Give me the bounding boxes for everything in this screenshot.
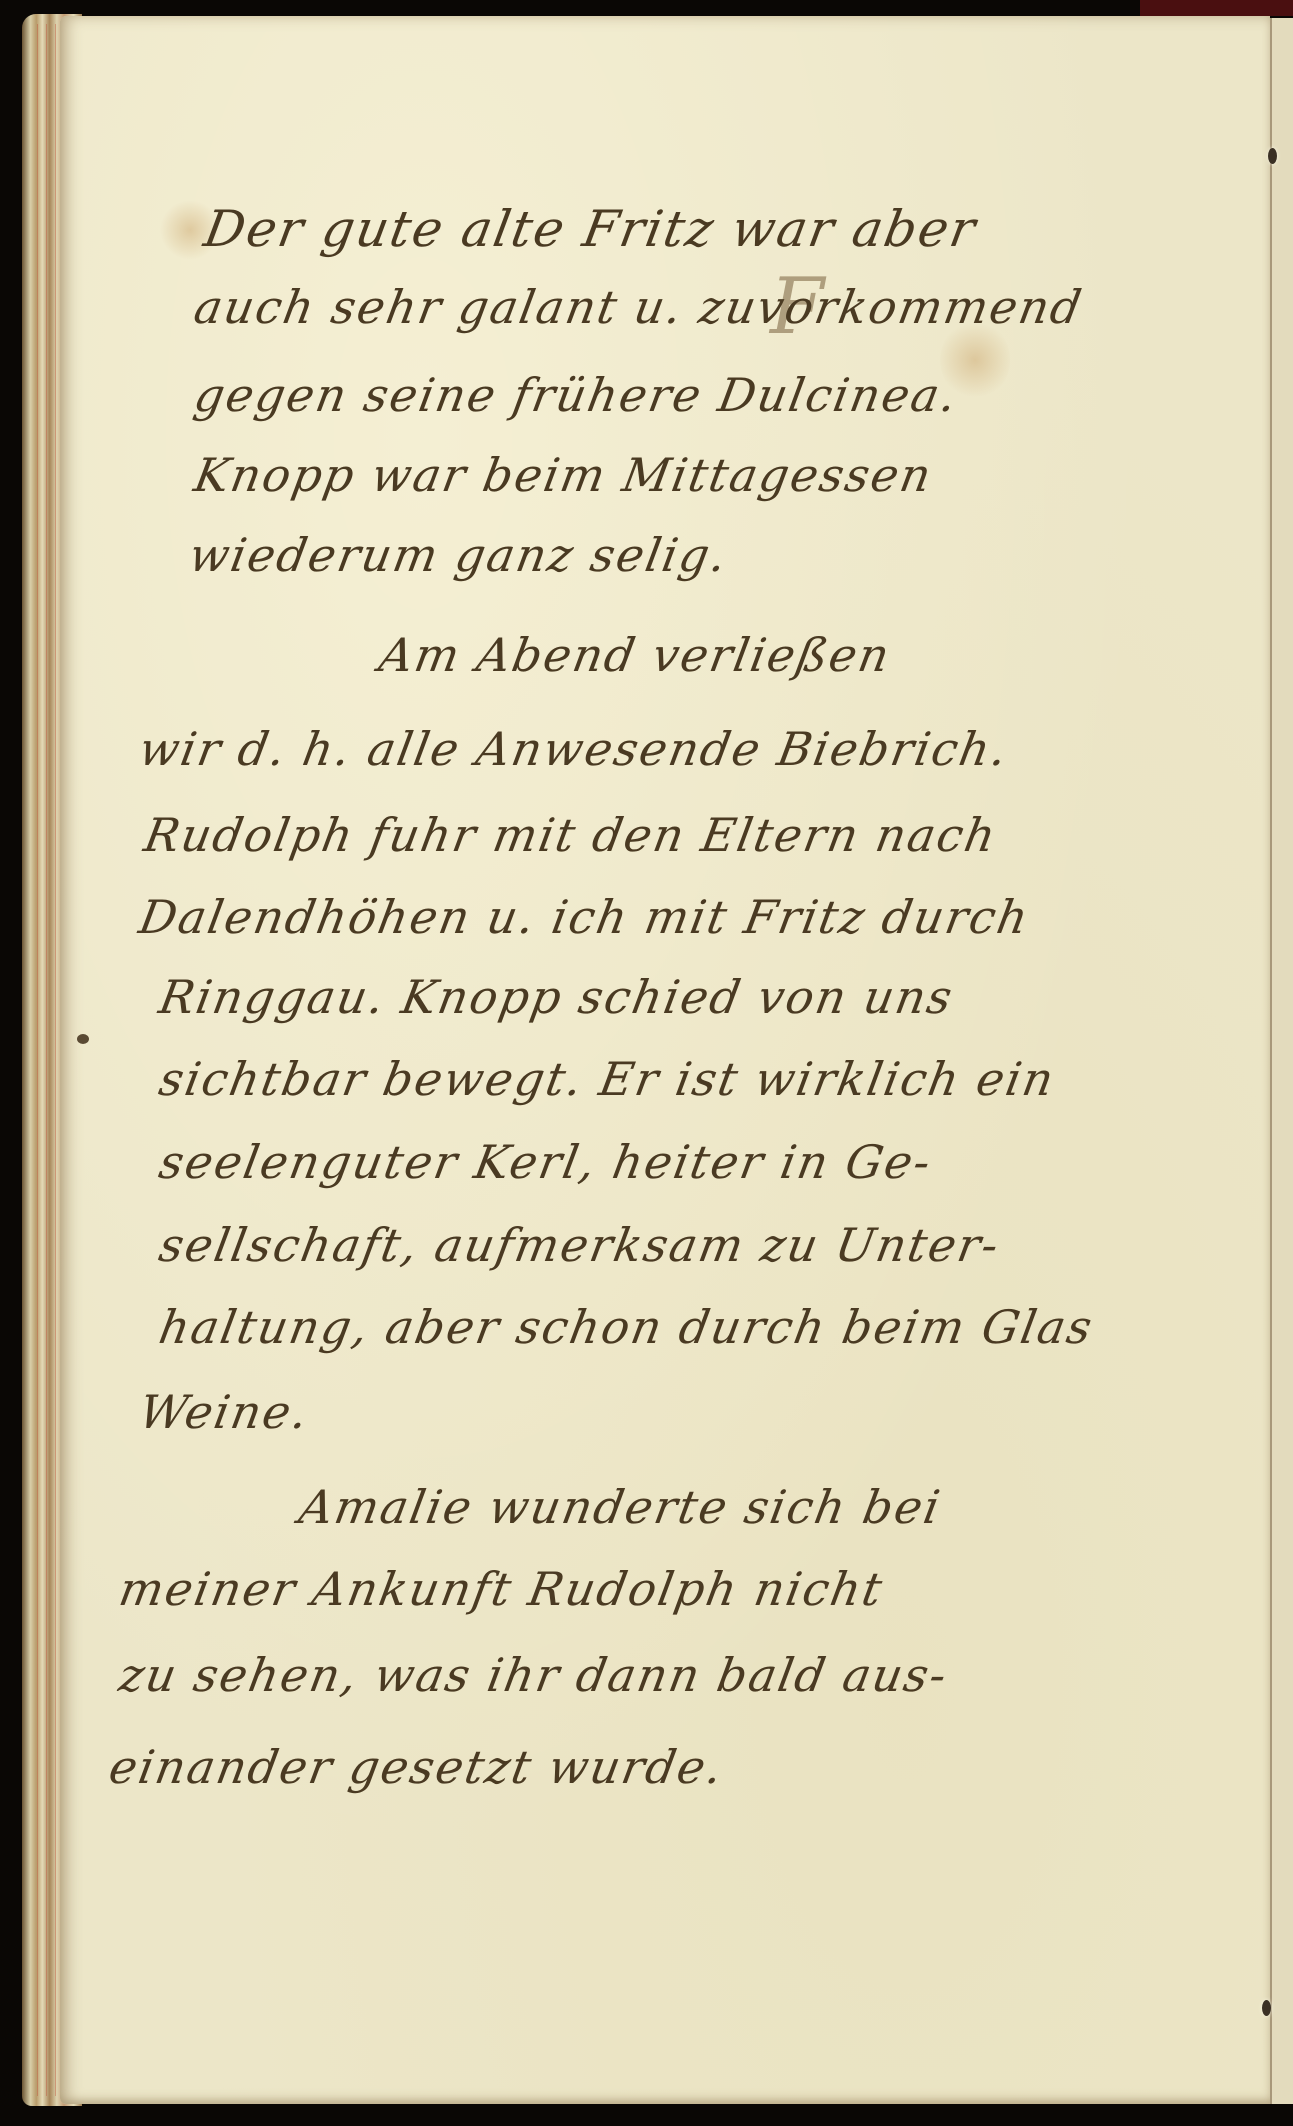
text-line: auch sehr galant u. zuvorkommend [190,280,1087,334]
text-line: haltung, aber schon durch beim Glas [155,1300,1098,1354]
gutter-line [1270,18,1272,2104]
book-cover-edge [1140,0,1293,16]
text-line: meiner Ankunft Rudolph nicht [115,1562,888,1616]
text-line: seelenguter Kerl, heiter in Ge- [155,1135,936,1189]
text-line: wiederum ganz selig. [185,528,732,582]
ink-blot [77,1034,89,1044]
text-line: Am Abend verließen [375,628,895,682]
text-line: Der gute alte Fritz war aber [200,200,981,258]
text-line: wir d. h. alle Anwesende Biebrich. [135,722,1013,776]
text-line: gegen seine frühere Dulcinea. [190,368,962,422]
text-line: Rudolph fuhr mit den Eltern nach [140,808,1001,862]
text-line: Knopp war beim Mittagessen [190,448,937,502]
text-line: einander gesetzt wurde. [105,1740,728,1794]
text-line: sellschaft, aufmerksam zu Unter- [155,1218,1004,1272]
text-line: zu sehen, was ihr dann bald aus- [115,1648,952,1702]
text-line: Ringgau. Knopp schied von uns [155,970,958,1024]
text-line: Weine. [135,1385,313,1439]
binding-hole [1268,148,1277,164]
text-line: Amalie wunderte sich bei [295,1480,945,1534]
text-line: Dalendhöhen u. ich mit Fritz durch [135,890,1034,944]
text-line: sichtbar bewegt. Er ist wirklich ein [155,1052,1059,1106]
binding-hole [1262,2000,1271,2016]
facing-page-edge [1272,18,1293,2104]
